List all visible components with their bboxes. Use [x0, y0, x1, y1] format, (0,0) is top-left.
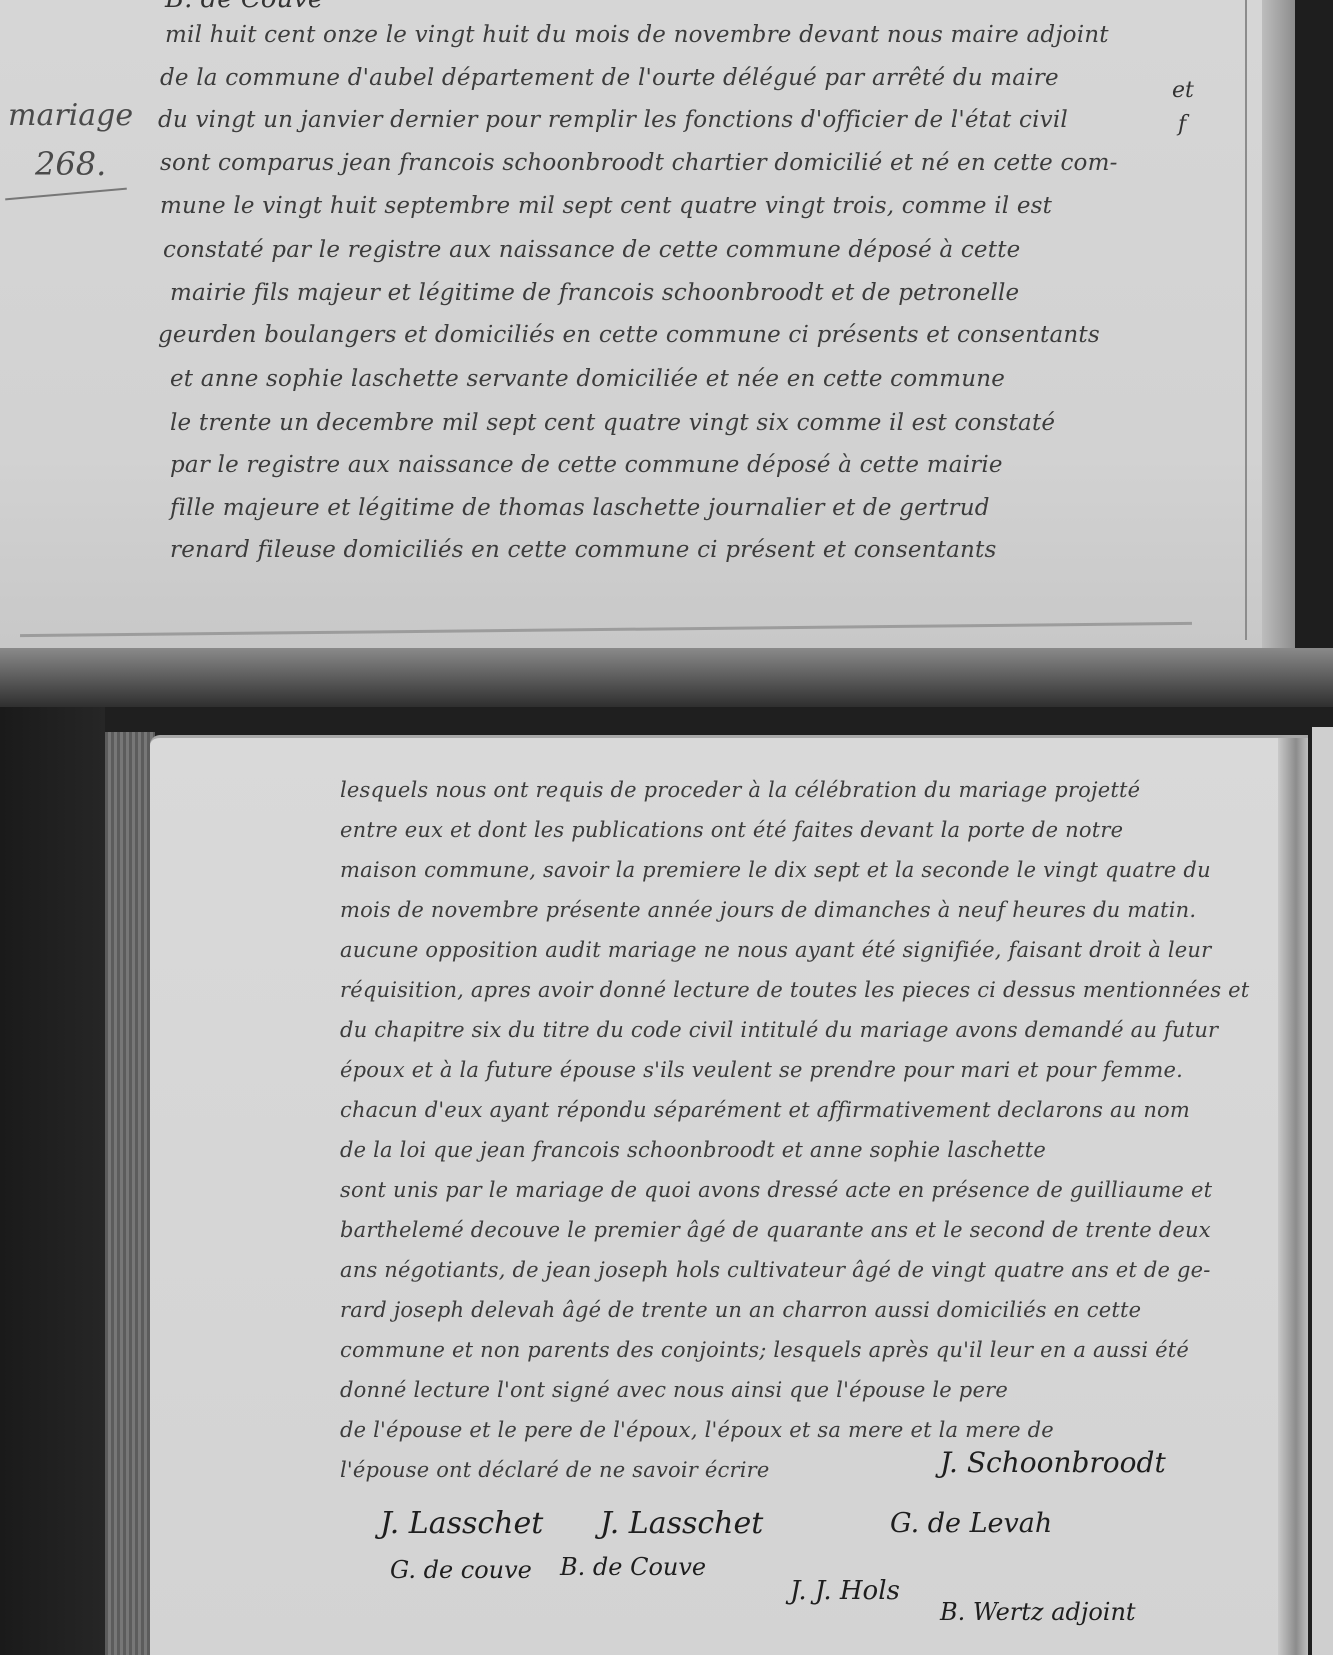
text-line: ans négotiants, de jean joseph hols cult… [340, 1258, 1211, 1282]
page-bottom-edge [20, 622, 1192, 637]
text-line: époux et à la future épouse s'ils veulen… [340, 1058, 1183, 1082]
text-line: sont unis par le mariage de quoi avons d… [340, 1178, 1212, 1202]
text-line: du chapitre six du titre du code civil i… [340, 1018, 1218, 1042]
text-line: réquisition, apres avoir donné lecture d… [340, 978, 1249, 1002]
signature: J. Lasschet [380, 1506, 543, 1541]
binding-gutter [1278, 738, 1308, 1655]
facing-page-edge [1312, 727, 1333, 1655]
header-fragment: B. de Couve [165, 0, 323, 14]
act-number: 268. [35, 145, 106, 183]
text-line: mil huit cent onze le vingt huit du mois… [165, 22, 1109, 48]
signature-witness: G. de Levah [890, 1508, 1052, 1539]
text-line: l'épouse ont déclaré de ne savoir écrire [340, 1458, 770, 1482]
text-line: de la commune d'aubel département de l'o… [160, 65, 1059, 91]
text-line: fille majeure et légitime de thomas lasc… [170, 495, 990, 521]
signature-witness: B. de Couve [560, 1553, 706, 1581]
text-line: aucune opposition audit mariage ne nous … [340, 938, 1211, 962]
text-line: et anne sophie laschette servante domici… [170, 366, 1005, 392]
book-cover [0, 707, 105, 1655]
text-line: par le registre aux naissance de cette c… [170, 452, 1003, 478]
text-line: du vingt un janvier dernier pour remplir… [158, 107, 1068, 133]
text-line: sont comparus jean francois schoonbroodt… [160, 150, 1118, 176]
text-line: le trente un decembre mil sept cent quat… [170, 410, 1055, 436]
page-shadow [0, 648, 1333, 707]
top-page: B. de Couve mariage 268. et f mil huit c… [0, 0, 1264, 648]
text-line: entre eux et dont les publications ont é… [340, 818, 1123, 842]
text-line: maison commune, savoir la premiere le di… [340, 858, 1211, 882]
margin-title: mariage [8, 98, 133, 133]
text-line: barthelemé decouve le premier âgé de qua… [340, 1218, 1211, 1242]
signature-witness: G. de couve [390, 1556, 532, 1584]
text-line: commune et non parents des conjoints; le… [340, 1338, 1189, 1362]
binding [1295, 0, 1333, 707]
text-line: mairie fils majeur et légitime de franco… [170, 280, 1019, 306]
text-line: chacun d'eux ayant répondu séparément et… [340, 1098, 1190, 1122]
text-line: geurden boulangers et domiciliés en cett… [158, 322, 1100, 348]
page-inner-edge [1245, 0, 1247, 640]
signature-officer: B. Wertz adjoint [940, 1598, 1136, 1626]
signature: J. Lasschet [600, 1506, 763, 1541]
text-line: constaté par le registre aux naissance d… [163, 237, 1020, 263]
scan-top-page: B. de Couve mariage 268. et f mil huit c… [0, 0, 1333, 707]
text-line: rard joseph delevah âgé de trente un an … [340, 1298, 1141, 1322]
right-margin-mark: f [1178, 112, 1186, 137]
text-line: lesquels nous ont requis de proceder à l… [340, 778, 1140, 802]
bottom-page: lesquels nous ont requis de proceder à l… [150, 735, 1308, 1655]
text-line: mune le vingt huit septembre mil sept ce… [160, 193, 1052, 219]
page-stack-edges [105, 732, 155, 1655]
text-line: donné lecture l'ont signé avec nous ains… [340, 1378, 1008, 1402]
scan-bottom-page: lesquels nous ont requis de proceder à l… [0, 707, 1333, 1655]
text-line: mois de novembre présente année jours de… [340, 898, 1196, 922]
right-margin-mark: et [1172, 78, 1194, 103]
text-line: de l'épouse et le pere de l'époux, l'épo… [340, 1418, 1054, 1442]
signature-witness: J. J. Hols [790, 1576, 900, 1606]
margin-underline [5, 188, 127, 201]
page-stack-edge [1262, 0, 1295, 648]
text-line: de la loi que jean francois schoonbroodt… [340, 1138, 1046, 1162]
text-line: renard fileuse domiciliés en cette commu… [170, 537, 996, 563]
signature-groom: J. Schoonbroodt [940, 1446, 1166, 1479]
